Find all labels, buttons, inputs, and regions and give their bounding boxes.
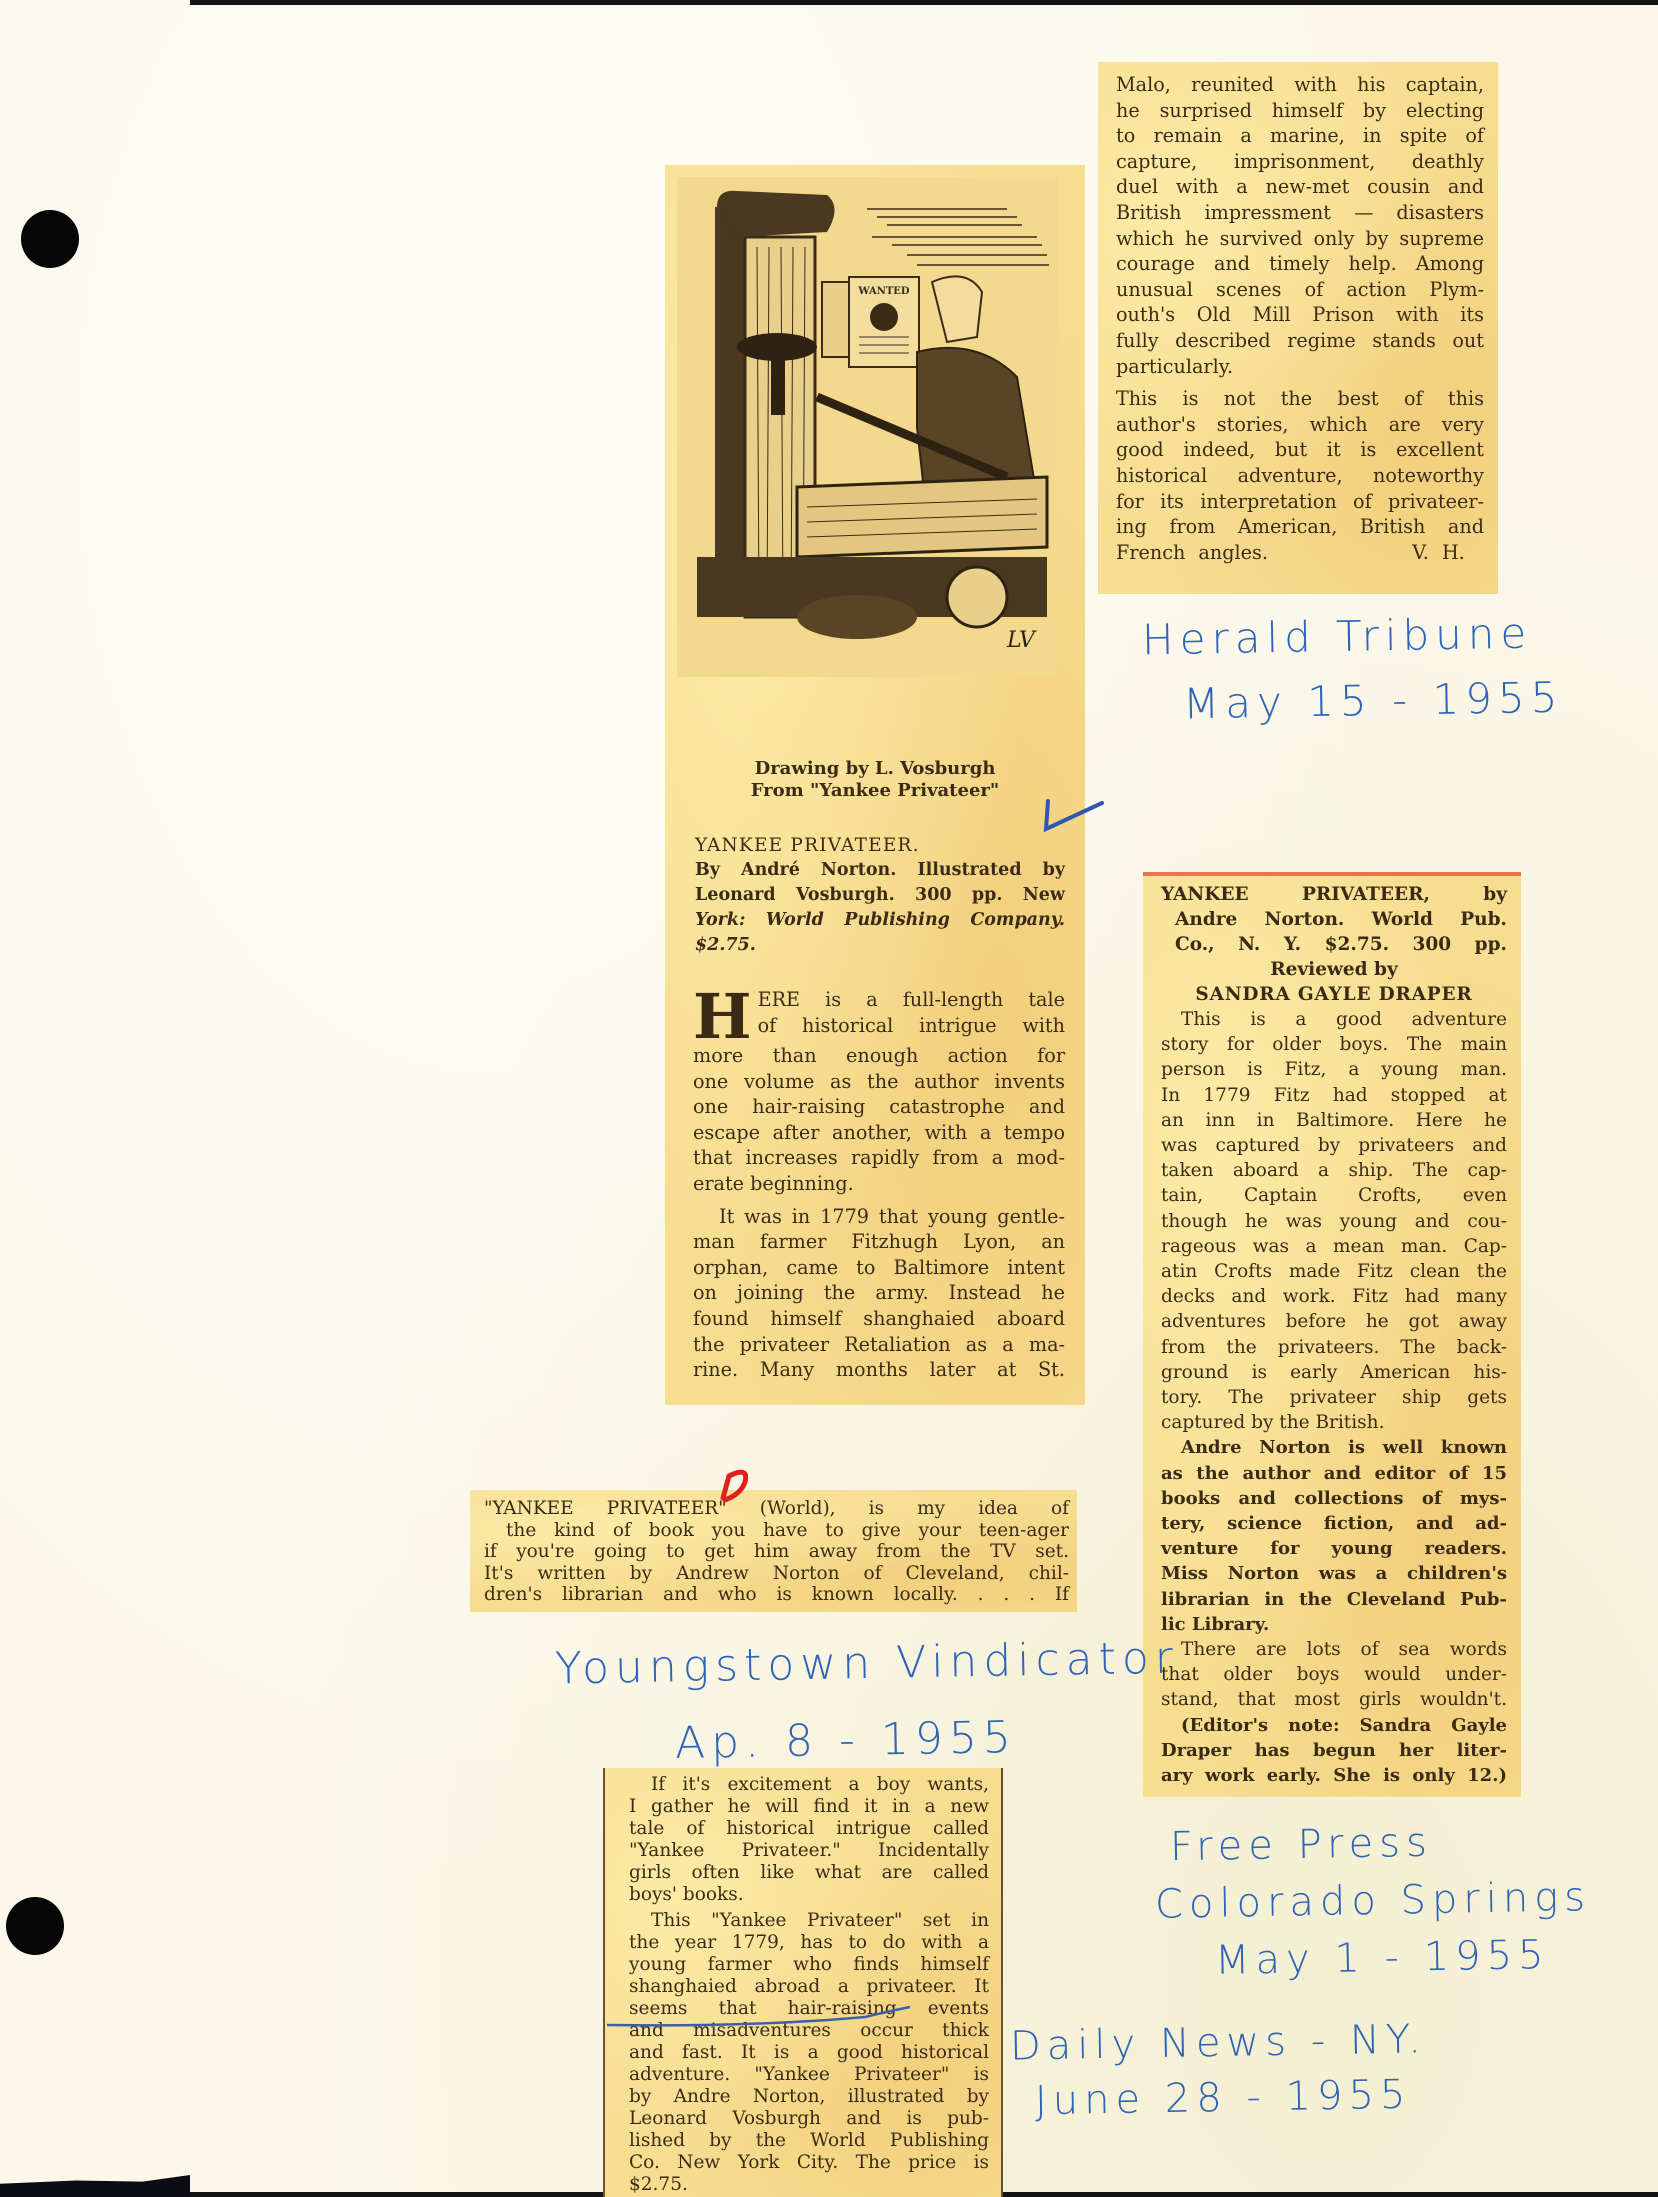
text-line: that older boys would under- <box>1161 1662 1507 1687</box>
reviewer-name: SANDRA GAYLE DRAPER <box>1161 982 1507 1007</box>
herald-continuation-text: Malo, reunited with his captain,he surpr… <box>1116 72 1484 379</box>
text-line: "Yankee Privateer." Incidentally <box>629 1840 989 1862</box>
text-line: This "Yankee Privateer" set in <box>629 1910 989 1932</box>
text-line: adventures before he got away <box>1161 1309 1507 1334</box>
text-line: dren's librarian and who is known locall… <box>484 1584 1069 1606</box>
text-line: French angles. V. H. <box>1116 540 1484 566</box>
text-line: to remain a marine, in spite of <box>1116 123 1484 149</box>
text-line: the privateer Retaliation as a ma- <box>693 1332 1065 1358</box>
youngstown-vindicator-clipping: "YANKEE PRIVATEER" (World), is my idea o… <box>470 1490 1077 1612</box>
text-line: Co., N. Y. $2.75. 300 pp. <box>1161 932 1507 957</box>
text-line: librarian in the Cleveland Pub- <box>1161 1587 1507 1612</box>
text-line: more than enough action for <box>693 1043 1065 1069</box>
text-line: This is a good adventure <box>1161 1007 1507 1032</box>
text-line: lished by the World Publishing <box>629 2130 989 2152</box>
text-line: which he survived only by supreme <box>1116 226 1484 252</box>
book-byline-2: Leonard Vosburgh. 300 pp. New <box>695 883 1065 908</box>
text-line: person is Fitz, a young man. <box>1161 1057 1507 1082</box>
text-line: This is not the best of this <box>1116 386 1484 412</box>
text-line: taken aboard a ship. The cap- <box>1161 1158 1507 1183</box>
free-press-review-clipping: YANKEE PRIVATEER, byAndre Norton. World … <box>1143 872 1521 1797</box>
text-line: Andre Norton is well known <box>1161 1435 1507 1460</box>
text-line: found himself shanghaied aboard <box>693 1306 1065 1332</box>
handwritten-date-daily-news: June 28 - 1955 <box>1035 2072 1412 2125</box>
text-line: one hair-raising catastrophe and <box>693 1094 1065 1120</box>
punch-hole-top <box>21 210 79 268</box>
book-title: YANKEE PRIVATEER. <box>695 833 1065 858</box>
handwritten-date-free-press: May 1 - 1955 <box>1215 1932 1550 1984</box>
illustration-caption-line2: From "Yankee Privateer" <box>665 780 1085 802</box>
svg-text:LV: LV <box>1006 628 1037 653</box>
text-line: unusual scenes of action Plym- <box>1116 277 1484 303</box>
text-line: decks and work. Fitz had many <box>1161 1284 1507 1309</box>
svg-text:WANTED: WANTED <box>857 286 910 297</box>
daily-news-clipping: If it's excitement a boy wants,I gather … <box>603 1768 1003 2197</box>
text-line: orphan, came to Baltimore intent <box>693 1255 1065 1281</box>
text-line: rine. Many months later at St. <box>693 1357 1065 1383</box>
text-line: one volume as the author invents <box>693 1069 1065 1095</box>
text-line: the year 1779, has to do with a <box>629 1932 989 1954</box>
text-line: girls often like what are called <box>629 1862 989 1884</box>
text-line: tory. The privateer ship gets <box>1161 1385 1507 1410</box>
drop-cap: H <box>693 991 752 1043</box>
text-line: tale of historical intrigue called <box>629 1818 989 1840</box>
text-line: he surprised himself by electing <box>1116 98 1484 124</box>
text-line: an inn in Baltimore. Here he <box>1161 1108 1507 1133</box>
handwritten-date-youngstown: Ap. 8 - 1955 <box>675 1712 1018 1769</box>
text-line: good indeed, but it is excellent <box>1116 437 1484 463</box>
text-line: man farmer Fitzhugh Lyon, an <box>693 1229 1065 1255</box>
text-line: There are lots of sea words <box>1161 1637 1507 1662</box>
text-line: erate beginning. <box>693 1171 1065 1197</box>
illustration-caption-line1: Drawing by L. Vosburgh <box>665 758 1085 780</box>
text-line: It's written by Andrew Norton of Clevela… <box>484 1563 1069 1585</box>
text-line: was captured by privateers and <box>1161 1133 1507 1158</box>
text-line: Draper has begun her liter- <box>1161 1738 1507 1763</box>
text-line: and fast. It is a good historical <box>629 2042 989 2064</box>
handwritten-source-herald: Herald Tribune <box>1142 609 1533 665</box>
text-line: I gather he will find it in a new <box>629 1796 989 1818</box>
text-line: particularly. <box>1116 354 1484 380</box>
herald-tribune-continuation-clipping: Malo, reunited with his captain,he surpr… <box>1098 62 1498 594</box>
handwritten-source-free-press: Free Press <box>1170 1820 1434 1871</box>
text-line: duel with a new-met cousin and <box>1116 174 1484 200</box>
handwritten-date-herald: May 15 - 1955 <box>1183 673 1564 729</box>
book-price: $2.75. <box>695 933 1065 958</box>
text-line: capture, imprisonment, deathly <box>1116 149 1484 175</box>
text-line: by Andre Norton, illustrated by <box>629 2086 989 2108</box>
text-line: on joining the army. Instead he <box>693 1280 1065 1306</box>
text-line: adventure. "Yankee Privateer" is <box>629 2064 989 2086</box>
text-line: YANKEE PRIVATEER, by <box>1161 882 1507 907</box>
herald-review-body: H ERE is a full-length taleof historical… <box>693 987 1065 1383</box>
red-check-mark-icon <box>715 1468 765 1508</box>
book-byline: By André Norton. Illustrated by <box>695 858 1065 883</box>
text-line: atin Crofts made Fitz clean the <box>1161 1259 1507 1284</box>
text-line: that increases rapidly from a mod- <box>693 1145 1065 1171</box>
scan-bottom-edge <box>0 2175 190 2197</box>
text-line: "YANKEE PRIVATEER" (World), is my idea o… <box>484 1498 1069 1520</box>
text-line: If it's excitement a boy wants, <box>629 1774 989 1796</box>
text-line: outh's Old Mill Prison with its <box>1116 302 1484 328</box>
text-line: Leonard Vosburgh and is pub- <box>629 2108 989 2130</box>
text-line: from the privateers. The back- <box>1161 1335 1507 1360</box>
handwritten-source-youngstown: Youngstown Vindicator <box>555 1633 1180 1695</box>
text-line: shanghaied abroad a privateer. It <box>629 1976 989 1998</box>
punch-hole-bottom <box>6 1897 64 1955</box>
text-line: It was in 1779 that young gentle- <box>693 1204 1065 1230</box>
text-line: though he was young and cou- <box>1161 1209 1507 1234</box>
text-line: rageous was a mean man. Cap- <box>1161 1234 1507 1259</box>
text-line: lic Library. <box>1161 1612 1507 1637</box>
text-line: British impressment — disasters <box>1116 200 1484 226</box>
text-line: Co. New York City. The price is <box>629 2152 989 2174</box>
text-line: story for older boys. The main <box>1161 1032 1507 1057</box>
illustration-man-at-table-icon: WANTED LV <box>677 177 1057 677</box>
herald-tribune-review-clipping: WANTED LV Drawing by L. Vosburgh From "Y… <box>665 165 1085 1405</box>
text-line: (Editor's note: Sandra Gayle <box>1161 1713 1507 1738</box>
text-line: as the author and editor of 15 <box>1161 1461 1507 1486</box>
text-line: tain, Captain Crofts, even <box>1161 1183 1507 1208</box>
text-line: In 1779 Fitz had stopped at <box>1161 1083 1507 1108</box>
text-line: venture for young readers. <box>1161 1536 1507 1561</box>
text-line: ing from American, British and <box>1116 514 1484 540</box>
text-line: the kind of book you have to give your t… <box>484 1520 1069 1542</box>
text-line: stand, that most girls wouldn't. <box>1161 1687 1507 1712</box>
text-line: books and collections of mys- <box>1161 1486 1507 1511</box>
book-byline-3: York: World Publishing Company. <box>695 908 1065 933</box>
text-line: historical adventure, noteworthy <box>1116 463 1484 489</box>
text-line: Miss Norton was a children's <box>1161 1561 1507 1586</box>
herald-closing-text: This is not the best of thisauthor's sto… <box>1116 386 1484 565</box>
text-line: boys' books. <box>629 1884 989 1906</box>
text-line: courage and timely help. Among <box>1116 251 1484 277</box>
strike-through-pen-mark-icon <box>605 2003 1005 2033</box>
text-line: Andre Norton. World Pub. <box>1161 907 1507 932</box>
handwritten-city-free-press: Colorado Springs <box>1155 1874 1592 1928</box>
text-line: author's stories, which are very <box>1116 412 1484 438</box>
text-line: captured by the British. <box>1161 1410 1507 1435</box>
scan-top-edge <box>190 0 1658 5</box>
text-line: fully described regime stands out <box>1116 328 1484 354</box>
text-line: for its interpretation of privateer- <box>1116 489 1484 515</box>
text-line: escape after another, with a tempo <box>693 1120 1065 1146</box>
text-line: ary work early. She is only 12.) <box>1161 1763 1507 1788</box>
text-line: Malo, reunited with his captain, <box>1116 72 1484 98</box>
herald-book-header: YANKEE PRIVATEER. By André Norton. Illus… <box>695 833 1065 958</box>
text-line: if you're going to get him away from the… <box>484 1541 1069 1563</box>
illustration-drawing: WANTED LV <box>677 177 1057 677</box>
handwritten-source-daily-news: Daily News - NY. <box>1010 2016 1428 2069</box>
text-line: tery, science fiction, and ad- <box>1161 1511 1507 1536</box>
reviewed-by-label: Reviewed by <box>1161 957 1507 982</box>
text-line: ground is early American his- <box>1161 1360 1507 1385</box>
text-line: young farmer who finds himself <box>629 1954 989 1976</box>
blue-check-mark-icon <box>1040 797 1110 837</box>
text-line: $2.75. <box>629 2174 989 2196</box>
